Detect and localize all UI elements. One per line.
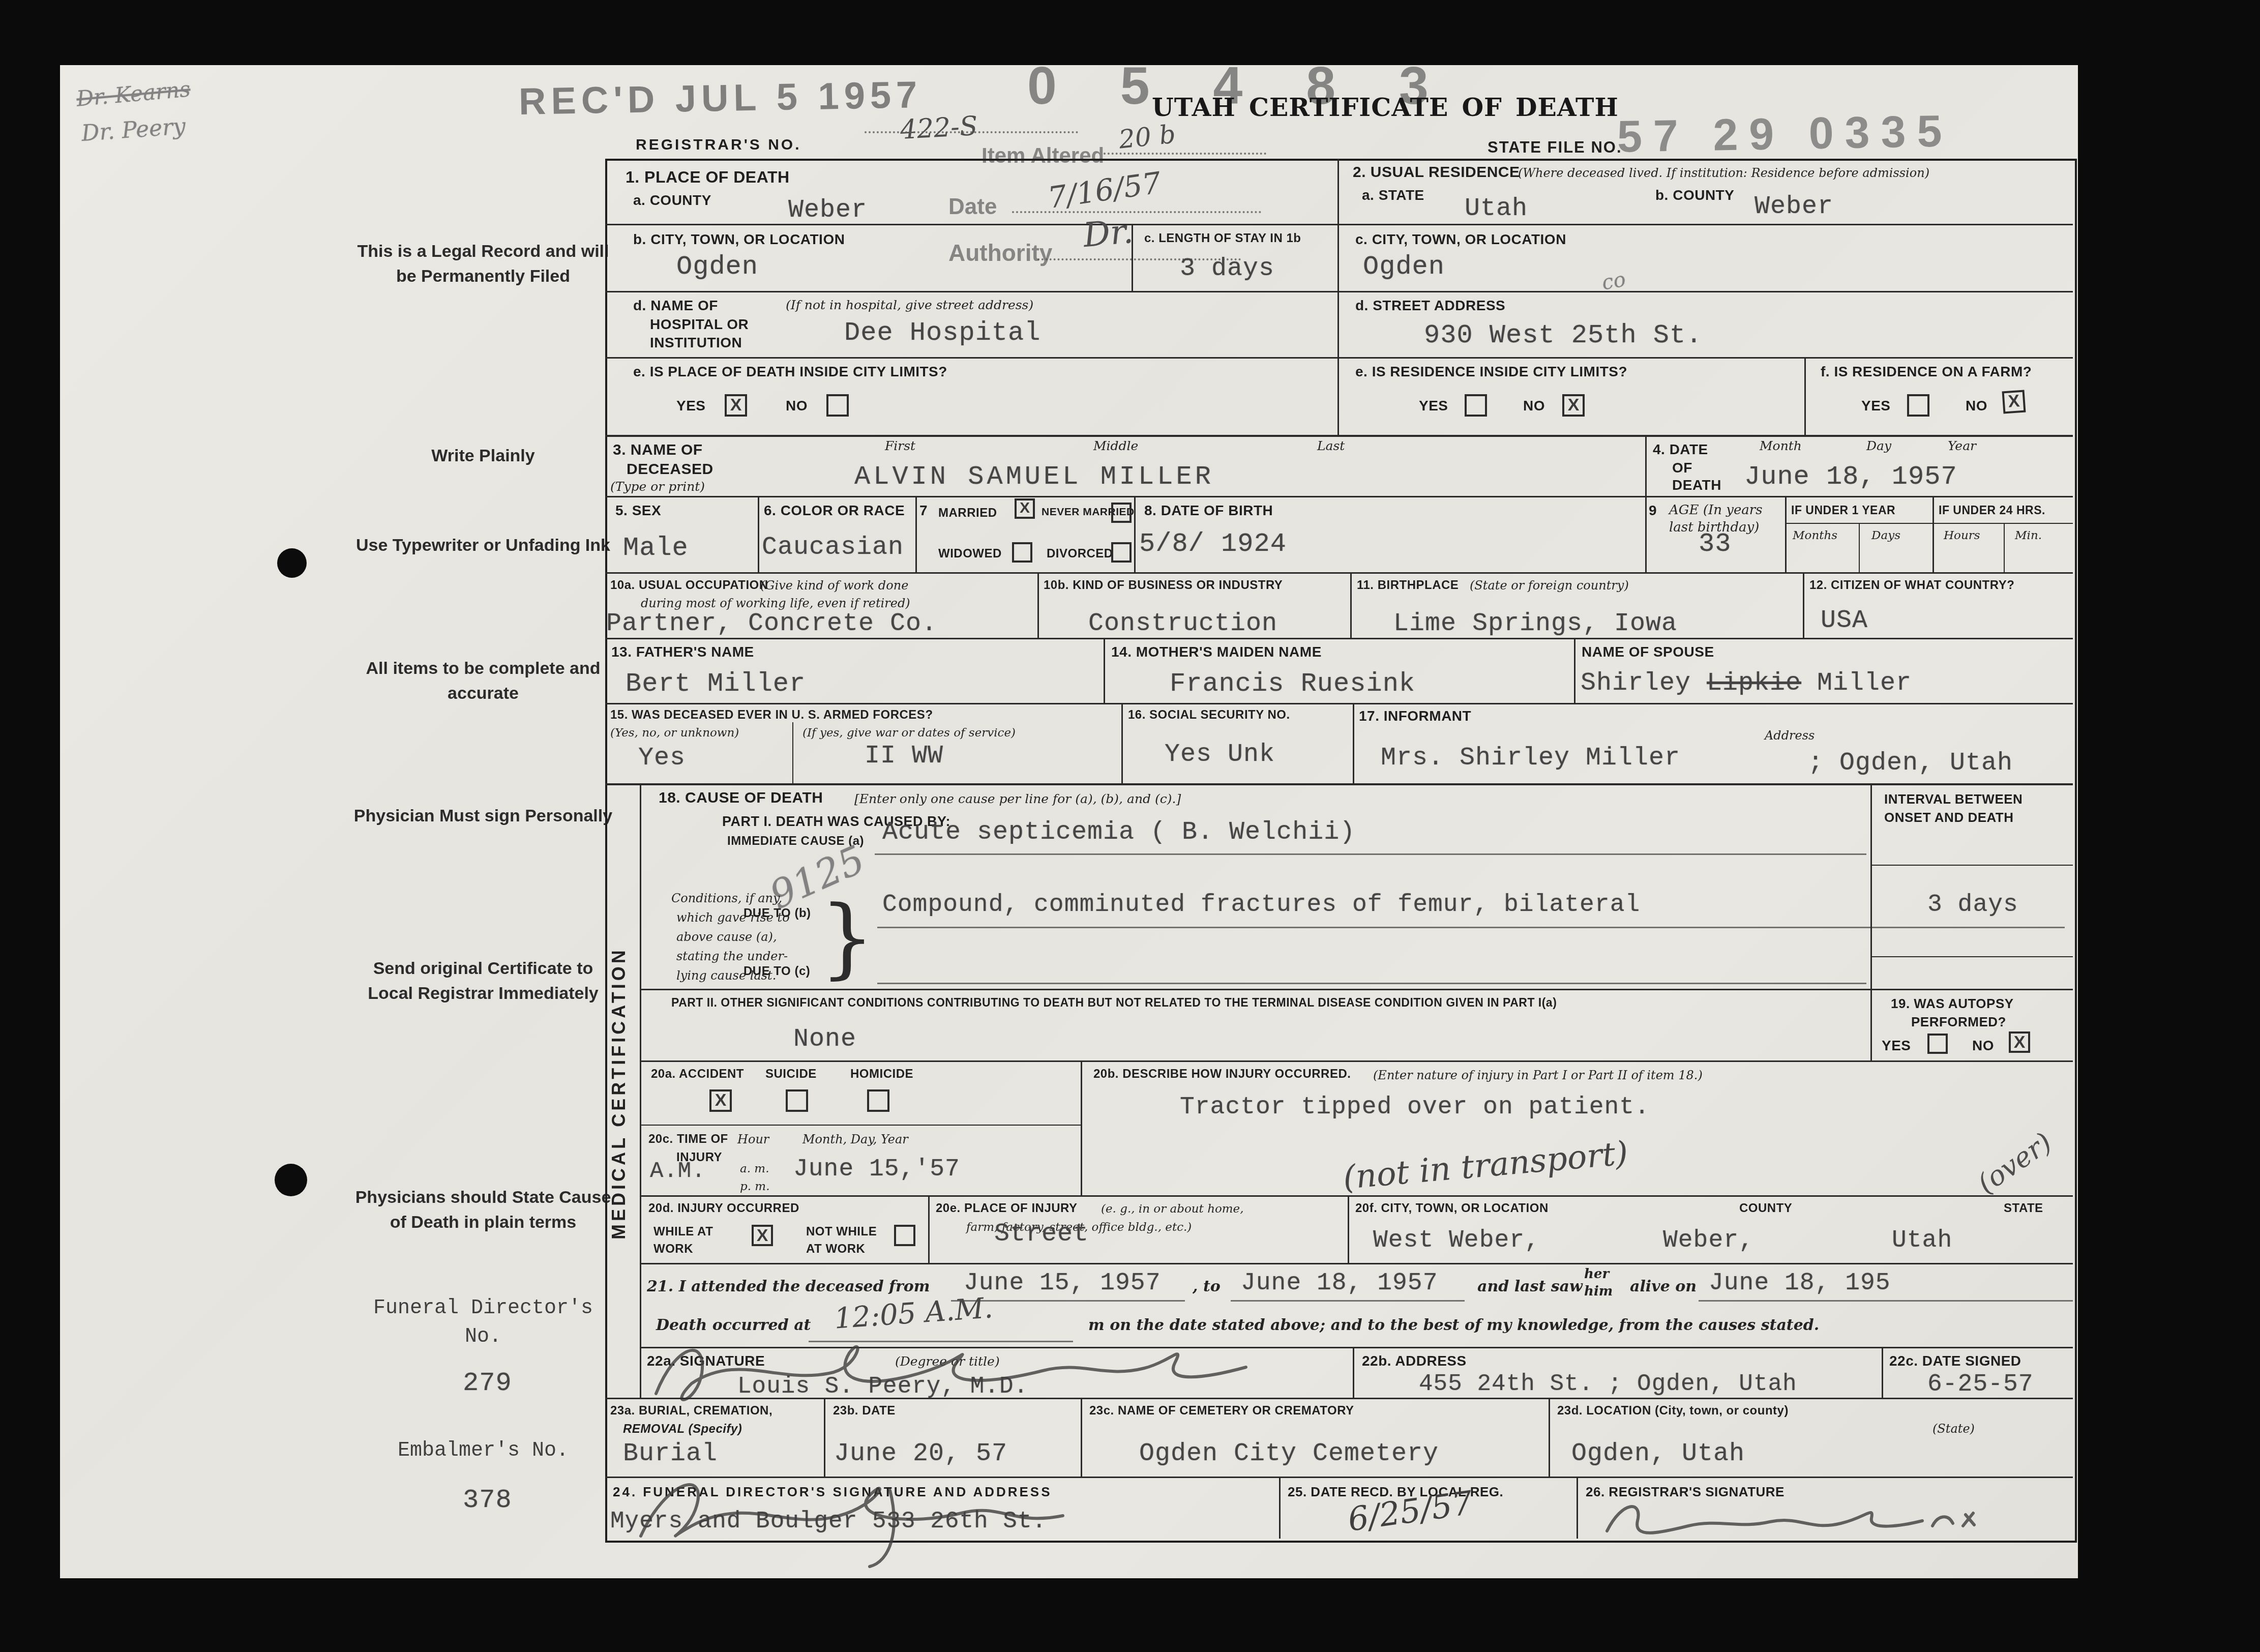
age-num: 9 [1649,503,1657,519]
residence-county-label: b. COUNTY [1655,187,1734,203]
name-label-2: DECEASED [627,461,713,478]
birth-date-label: 8. DATE OF BIRTH [1144,503,1273,519]
residence-city-label: c. CITY, TOWN, OR LOCATION [1355,231,1566,248]
death-month-header: Month [1760,438,1802,453]
residence-county-value: Weber [1755,192,1833,221]
cause-label-note: [Enter only one cause per line for (a), … [854,791,1181,806]
registrars-no-label: REGISTRAR'S NO. [636,136,801,154]
checkbox-x-mark: X [715,1090,727,1110]
name-label-1: 3. NAME OF [613,441,703,459]
attended-to-label: , to [1193,1278,1221,1295]
checkbox-x-mark: X [1568,395,1580,415]
residence-limits-yes-label: YES [1419,398,1448,414]
burial-label-1: 23a. BURIAL, CREMATION, [610,1404,772,1418]
industry-value: Construction [1088,609,1277,638]
industry-label: 10b. KIND OF BUSINESS OR INDUSTRY [1044,578,1283,593]
citizen-label: 12. CITIZEN OF WHAT COUNTRY? [1809,578,2014,593]
registrar-signature-scribble [1597,1495,2004,1546]
injury-state-value: Utah [1892,1227,1952,1254]
conditions-brace: } [820,888,875,988]
time-of-injury-date-value: June 15,'57 [793,1156,960,1183]
funeral-director-signature-scribble [626,1460,1210,1572]
farm-no-label: NO [1966,398,1987,414]
margin-note-physician-sign: Physician Must sign Personally [351,804,615,829]
name-last-header: Last [1317,438,1345,453]
under-1-year-label: IF UNDER 1 YEAR [1791,504,1895,517]
item-20a-num: 20a. [651,1067,676,1081]
injury-city-label: 20f. CITY, TOWN, OR LOCATION [1355,1201,1549,1216]
interval-b-value: 3 days [1927,891,2018,919]
funeral-directors-no-value: 279 [463,1368,512,1398]
name-label-3: (Type or print) [610,479,705,494]
interval-label-1: INTERVAL BETWEEN [1884,791,2023,807]
attended-from-date: June 15, 1957 [964,1270,1161,1297]
autopsy-label-1: 19. WAS AUTOPSY [1891,996,2014,1012]
ssn-label: 16. SOCIAL SECURITY NO. [1128,708,1290,722]
hospital-label-3: INSTITUTION [650,335,742,351]
place-of-injury-note-1: (e. g., in or about home, [1101,1202,1244,1216]
farm-yes-label: YES [1861,398,1891,414]
death-date-label-2: OF [1672,460,1692,476]
funeral-directors-no-label: Funeral Director's No. [351,1294,615,1351]
date-stamp: Date [948,194,997,220]
certificate-title: UTAH CERTIFICATE OF DEATH [1152,93,1619,122]
conditions-line-1: Conditions, if any, [671,891,782,905]
describe-injury-note: (Enter nature of injury in Part I or Par… [1373,1068,1703,1082]
place-city-value: Ogden [676,252,758,282]
part2-value: None [793,1025,856,1054]
punch-hole-top [277,548,307,578]
checkbox-x-mark: X [1020,499,1030,516]
death-date-label-3: DEATH [1672,477,1721,493]
occupation-value: Partner, Concrete Co. [606,609,937,638]
injury-occurred-label: 20d. INJURY OCCURRED [648,1201,799,1216]
attended-to-date: June 18, 1957 [1241,1270,1438,1297]
hospital-label-2: HOSPITAL OR [650,316,749,333]
spouse-struck-name: Lipkie [1707,669,1801,698]
widowed-label: WIDOWED [938,547,1002,561]
days-header: Days [1871,529,1900,542]
checkbox-x-mark: X [757,1226,768,1245]
place-of-injury-label: 20e. PLACE OF INJURY [936,1201,1078,1216]
farm-label: f. IS RESIDENCE ON A FARM? [1821,364,2032,380]
place-limits-label: e. IS PLACE OF DEATH INSIDE CITY LIMITS? [633,364,947,380]
pm-label: p. m. [740,1180,769,1193]
death-day-header: Day [1866,438,1891,453]
checkbox-x-mark: X [2007,391,2020,411]
autopsy-yes-checkbox [1927,1034,1948,1054]
due-to-b-label: DUE TO (b) [744,906,811,921]
birthplace-note: (State or foreign country) [1470,578,1629,593]
place-of-death-title: 1. PLACE OF DEATH [626,168,790,187]
citizen-value: USA [1821,606,1868,635]
cemetery-label: 23c. NAME OF CEMETERY OR CREMATORY [1089,1404,1354,1418]
name-first-header: First [885,438,915,453]
margin-note-complete: All items to be complete and accurate [351,656,615,706]
not-while-at-work-checkbox [894,1225,915,1246]
describe-injury-label: 20b. DESCRIBE HOW INJURY OCCURRED. [1093,1067,1351,1081]
sex-value: Male [623,533,689,563]
race-value: Caucasian [762,533,904,562]
residence-city-value: Ogden [1363,252,1445,282]
spouse-first: Shirley [1581,669,1707,698]
widowed-checkbox [1012,542,1032,563]
last-saw-label: and last saw [1477,1278,1583,1295]
margin-note-typewriter: Use Typewriter or Unfading Ink [351,533,615,558]
not-while-label-2: AT WORK [806,1242,865,1256]
residence-state-value: Utah [1465,194,1528,223]
margin-note-plain-terms: Physicians should State Cause of Death i… [351,1185,615,1235]
mother-label: 14. MOTHER'S MAIDEN NAME [1111,644,1322,660]
received-date-stamp: REC'D JUL 5 1957 [518,73,923,123]
registrars-no-value: 422-S [900,111,978,145]
place-county-value: Weber [788,196,867,225]
spouse-value: Shirley Lipkie Miller [1581,669,1912,698]
am-label: a. m. [740,1162,769,1175]
hospital-note: (If not in hospital, give street address… [786,298,1033,312]
autopsy-no-label: NO [1972,1038,1994,1054]
place-of-injury-value: Street [994,1220,1089,1249]
embalmers-no-label: Embalmer's No. [351,1439,615,1462]
married-label: MARRIED [938,506,997,520]
married-checkbox: X [1015,498,1035,519]
margin-note-legal-record: This is a Legal Record and will be Perma… [351,239,615,289]
due-to-b-value: Compound, comminuted fractures of femur,… [882,891,1640,919]
attended-from-label: 21. I attended the deceased from [647,1278,930,1295]
margin-note-write-plainly: Write Plainly [351,444,615,468]
residence-limits-label: e. IS RESIDENCE INSIDE CITY LIMITS? [1355,364,1627,380]
age-label-1: AGE (In years [1669,503,1763,518]
cause-label: 18. CAUSE OF DEATH [659,789,823,807]
residence-title-note: (Where deceased lived. If institution: R… [1518,166,1929,180]
location-state-note: (State) [1932,1422,1975,1436]
last-alive-date: June 18, 195 [1709,1270,1891,1297]
under-24-label: IF UNDER 24 HRS. [1939,504,2045,517]
physician-signature-scribble [646,1322,1282,1414]
injury-city-value: West Weber, [1373,1227,1540,1254]
divorced-label: DIVORCED [1047,547,1113,561]
injury-county-value: Weber, [1663,1227,1754,1254]
stay-label: c. LENGTH OF STAY IN 1b [1144,231,1301,246]
checkbox-x-mark: X [2014,1032,2026,1052]
medical-certification-label: MEDICAL CERTIFICATION [608,814,630,1373]
punch-hole-bottom [275,1164,307,1196]
age-value: 33 [1699,529,1731,559]
forces-note-2: (If yes, give war or dates of service) [802,726,1016,740]
while-at-work-checkbox: X [752,1225,773,1246]
spouse-label: NAME OF SPOUSE [1582,644,1714,660]
street-address-label: d. STREET ADDRESS [1355,298,1505,314]
place-limits-yes-checkbox: X [725,394,747,417]
interval-label-2: ONSET AND DEATH [1884,810,2014,825]
checkbox-x-mark: X [730,395,742,415]
marital-num: 7 [919,503,928,519]
date-signed-label: 22c. DATE SIGNED [1889,1353,2021,1369]
death-year-header: Year [1948,438,1976,453]
death-date-value: June 18, 1957 [1744,462,1957,492]
father-value: Bert Miller [626,669,806,699]
occupation-note-1: (Give kind of work done [760,578,908,593]
occupation-label: 10a. USUAL OCCUPATION [610,578,768,593]
state-file-label: STATE FILE NO. [1488,138,1622,157]
forces-label: 15. WAS DECEASED EVER IN U. S. ARMED FOR… [610,708,933,722]
accident-checkbox: X [709,1089,732,1112]
homicide-checkbox [867,1089,889,1112]
name-middle-header: Middle [1093,438,1138,453]
race-label: 6. COLOR OR RACE [764,503,905,519]
location-value: Ogden, Utah [1571,1439,1745,1468]
date-signed-value: 6-25-57 [1927,1371,2034,1398]
hospital-label-1: d. NAME OF [633,298,718,314]
street-address-value: 930 West 25th St. [1424,320,1703,350]
birthplace-label: 11. BIRTHPLACE [1357,578,1459,593]
forces-value: Yes [638,744,686,773]
state-file-value: 57 29 0335 [1617,105,1953,163]
mother-value: Francis Ruesink [1170,669,1415,699]
him-label: him [1584,1284,1613,1299]
deceased-name-value: ALVIN SAMUEL MILLER [854,462,1214,492]
death-date-label-1: 4. DATE [1653,441,1708,458]
conditions-line-4: stating the under- [676,949,788,963]
authority-stamp: Authority [948,239,1052,267]
autopsy-label-2: PERFORMED? [1911,1014,2006,1030]
suicide-label: SUICIDE [765,1067,817,1081]
mdy-header: Month, Day, Year [802,1132,908,1146]
homicide-label: HOMICIDE [850,1067,913,1081]
embalmers-no-value: 378 [463,1485,512,1515]
immediate-cause-value: Acute septicemia ( B. Welchii) [882,818,1355,847]
location-label: 23d. LOCATION (City, town, or county) [1557,1404,1789,1418]
her-label: her [1584,1266,1609,1282]
hour-header: Hour [737,1132,769,1146]
burial-date-label: 23b. DATE [833,1404,896,1418]
authority-value: Dr. [1082,212,1135,255]
alive-on-label: alive on [1630,1278,1697,1295]
hospital-value: Dee Hospital [844,318,1040,348]
informant-address-label: Address [1765,728,1815,743]
address-value: 455 24th St. ; Ogden, Utah [1419,1371,1797,1397]
accident-label: 20a. ACCIDENT [651,1067,744,1081]
forces-service-value: II WW [865,742,943,771]
place-limits-no-checkbox [826,394,849,417]
address-label: 22b. ADDRESS [1362,1353,1467,1369]
due-to-c-label: DUE TO (c) [744,964,810,979]
conditions-line-3: above cause (a), [676,930,777,944]
residence-limits-no-checkbox: X [1562,394,1585,417]
informant-label: 17. INFORMANT [1359,708,1471,724]
ssn-value: Yes Unk [1165,740,1275,769]
never-married-checkbox [1111,503,1132,523]
margin-note-send-original: Send original Certificate to Local Regis… [351,956,615,1007]
stay-value: 3 days [1180,254,1274,283]
place-limits-no-label: NO [786,398,808,414]
occupation-note-2: during most of working life, even if ret… [641,596,910,610]
informant-address-value: ; Ogden, Utah [1808,749,2013,778]
farm-yes-checkbox [1907,394,1929,417]
farm-no-checkbox: X [2002,390,2026,414]
divorced-checkbox [1111,542,1132,563]
residence-limits-no-label: NO [1523,398,1545,414]
time-of-injury-label-1: 20c. TIME OF [648,1132,728,1146]
item-altered-value: 20 b [1117,119,1177,154]
min-header: Min. [2015,529,2042,542]
burial-label-2: REMOVAL (Specify) [623,1422,742,1436]
time-of-injury-hour-value: A.M. [650,1159,706,1184]
suicide-checkbox [786,1089,808,1112]
hours-header: Hours [1944,529,1980,542]
informant-value: Mrs. Shirley Miller [1381,744,1680,773]
forces-note-1: (Yes, no, or unknown) [610,726,739,740]
residence-limits-yes-checkbox [1465,394,1487,417]
part2-label: PART II. OTHER SIGNIFICANT CONDITIONS CO… [671,996,1557,1010]
injury-description-value: Tractor tipped over on patient. [1180,1094,1650,1121]
autopsy-yes-label: YES [1882,1038,1911,1054]
not-while-label-1: NOT WHILE [806,1225,877,1239]
place-limits-yes-label: YES [676,398,706,414]
residence-state-label: a. STATE [1362,187,1424,203]
birthplace-value: Lime Springs, Iowa [1393,609,1677,638]
place-city-label: b. CITY, TOWN, OR LOCATION [633,231,845,248]
birth-date-value: 5/8/ 1924 [1139,529,1287,559]
while-at-work-label-1: WHILE AT [653,1225,713,1239]
father-label: 13. FATHER'S NAME [611,644,754,660]
autopsy-no-checkbox: X [2009,1031,2030,1053]
while-at-work-label-2: WORK [653,1242,693,1256]
residence-title: 2. USUAL RESIDENCE [1353,164,1520,181]
injury-county-header: COUNTY [1739,1201,1792,1216]
months-header: Months [1793,529,1837,542]
sex-label: 5. SEX [615,503,661,519]
injury-state-header: STATE [2004,1201,2043,1216]
place-county-label: a. COUNTY [633,192,711,209]
spouse-last: Miller [1801,669,1912,698]
accident-text: ACCIDENT [679,1067,744,1081]
scanned-death-certificate: { "common": {"yes":"YES","no":"NO","x":"… [0,0,2260,1652]
